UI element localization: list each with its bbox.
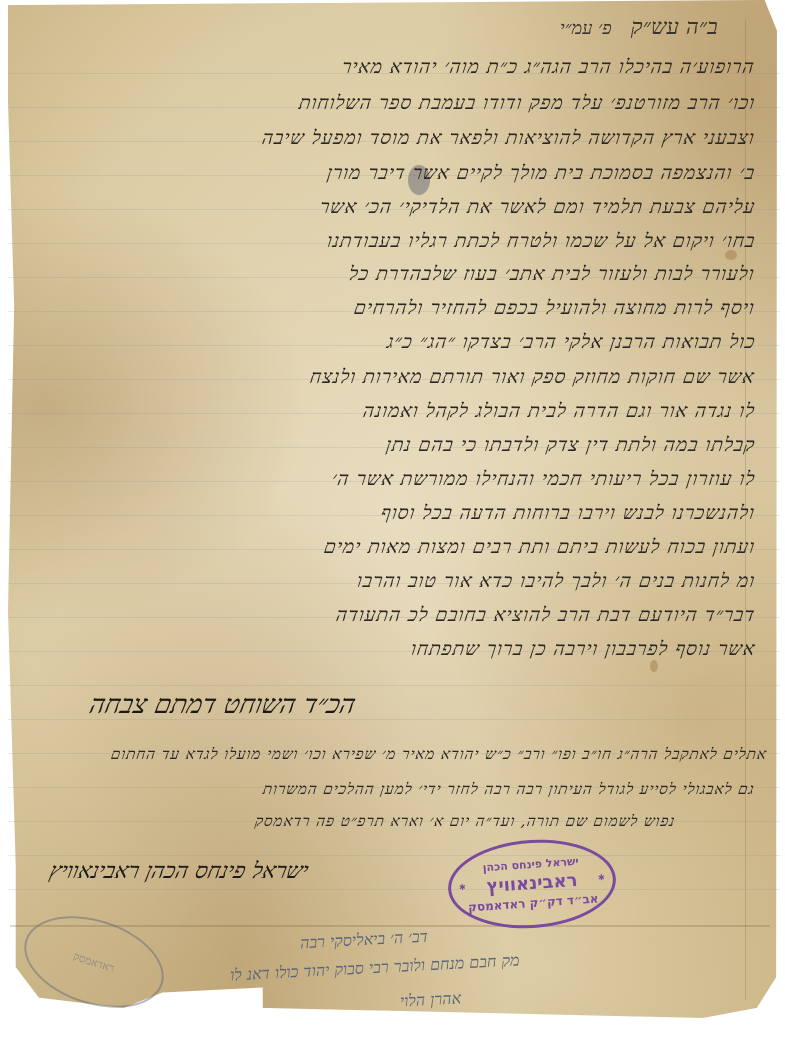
body-line: ולעורר לבות ולעזור לבית אתב׳ בעוז שלבהדר…	[348, 263, 757, 286]
body-line: ויסף לרות מחוצה ולהועיל בכפם להחזיר ולהר…	[353, 297, 757, 320]
endorsement-line: נפוש לשמום שם תורה, ועד״ה יום א׳ וארא תר…	[253, 812, 676, 831]
body-line: וצבעני ארץ הקדושה להוציאות ולפאר את מוסד…	[261, 127, 757, 150]
endorsement-line: אתלים לאתקבל הרה״ג חו״ב ופו״ ורב״ כ״ש יה…	[110, 745, 769, 764]
body-line: כול תבואות הרבנן אלקי הרב׳ בצדקו ״הג״ כ״…	[385, 331, 757, 354]
body-line: ולהנשכרנו לבנש וירבו ברוחות הדעה בכל וסו…	[380, 502, 757, 525]
rabbi-signature: ישראל פינחס הכהן ראבינאוויץ	[47, 858, 311, 884]
horizontal-fold	[10, 925, 770, 927]
body-line: אשר שם חוקות מחוזק ספק ואור תורתם מאירות…	[309, 366, 757, 389]
closing-signature: הכ״ד השוחט דמתם צבחה	[87, 690, 358, 720]
body-line: ומ לחנות בנים ה׳ ולבך להיבו כדא אור טוב …	[355, 570, 756, 593]
star-icon: ✱	[598, 873, 605, 882]
body-line: לו עוזרון בכל ריעותי חכמי והנחילו ממורשת…	[330, 468, 756, 491]
endorsement-line: גם לאבגולי לסייע לגודל העיתון רבה רבה לח…	[262, 780, 756, 799]
star-icon: ✱	[459, 883, 466, 892]
postscript-line: אהרן הלוי	[400, 988, 462, 1011]
body-line: וכו׳ הרב מזורטנפ׳ עלד מפק ודודו בעמבת ספ…	[297, 92, 756, 115]
letter-header: ב״ה עש״ק פ׳ עמ״י	[560, 14, 718, 40]
body-line: לו נגדה אור וגם הדרה לבית הבולג לקהל ואמ…	[361, 400, 756, 423]
body-line: אשר נוסף לפרבבון וירבה כן ברוך שתפתחו	[409, 638, 757, 661]
header-text: ב״ה עש״ק	[631, 15, 718, 40]
foxing-spot	[650, 660, 658, 672]
body-line: הרופוע׳ה בהיכלו הרב הגה״ג כ״ת מוה׳ יהודא…	[341, 56, 757, 79]
body-line: עליהם צבעת תלמיד ומם לאשר את הלדיקי׳ הכ׳…	[318, 196, 757, 219]
body-line: קבלתו במה ולתת דין צדק ולדבתו כי בהם נתן	[384, 434, 756, 457]
body-line: ועתון בכוח לעשות ביתם ותת רבים ומצות מאו…	[322, 536, 756, 559]
body-line: בחו׳ ויקום אל על שכמו ולטרח לכתת רגליו ב…	[325, 230, 757, 253]
faded-stamp-text: ראדאמסק	[72, 949, 116, 975]
body-line: דבר״ד היודעם דבת הרב להוציא בחובם לכ התע…	[334, 604, 756, 627]
body-line: ב׳ והנצמפה בסמוכת בית מולך לקיים אשר דיב…	[325, 162, 756, 185]
header-sub-text: פ׳ עמ״י	[560, 18, 612, 39]
